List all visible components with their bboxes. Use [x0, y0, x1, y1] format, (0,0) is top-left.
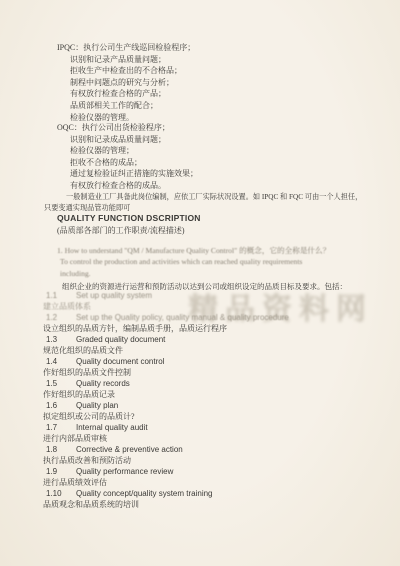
ipqc-duty-line: 制程中问题点的研究与分析； — [57, 77, 387, 89]
list-item-en: 1.1Set up quality system — [43, 290, 383, 301]
list-item-zh: 执行品质改善和预防活动 — [43, 455, 383, 466]
oqc-duty-line: 拒收不合格的成品； — [57, 157, 387, 169]
list-item-number: 1.9 — [46, 466, 76, 477]
ipqc-duty-line: 品质部相关工作的配合； — [57, 100, 387, 112]
list-item-zh: 拟定组织或公司的品质计? — [43, 411, 383, 422]
ipqc-section: IPQC：执行公司生产线巡回检验程序； 识别和记录产品质量问题； 拒收生产中检查… — [57, 42, 387, 123]
oqc-duty-line: 通过复检验证纠正措施的实施效果； — [57, 168, 387, 180]
ipqc-duty-line: 有权放行检查合格的产品； — [57, 88, 387, 100]
question-line: 1. How to understand "QM / Manufacture Q… — [57, 245, 377, 256]
oqc-section: OQC：执行公司出货检验程序； 识别和记录成品质量问题； 检验仪器的管理； 拒收… — [57, 122, 387, 192]
list-item-en-text: Quality document control — [76, 357, 165, 366]
list-item-en: 1.10Quality concept/quality system train… — [43, 488, 383, 499]
list-item-zh: 进行品质绩效评估 — [43, 477, 383, 488]
ipqc-duty-line: 识别和记录产品质量问题； — [57, 54, 387, 66]
list-item-number: 1.2 — [46, 312, 76, 323]
list-item-zh: 建立品质体系 — [43, 301, 383, 312]
document-page: 精品资料网 IPQC：执行公司生产线巡回检验程序； 识别和记录产品质量问题； 拒… — [0, 0, 400, 566]
list-item-number: 1.6 — [46, 400, 76, 411]
list-item-en-text: Set up the Quality policy, quality manua… — [76, 313, 289, 322]
list-item-en: 1.3Graded quality document — [43, 334, 383, 345]
oqc-duty-line: 检验仪器的管理； — [57, 145, 387, 157]
list-item-en: 1.9Quality performance review — [43, 466, 383, 477]
list-item-en: 1.8Corrective & preventive action — [43, 444, 383, 455]
list-item-number: 1.1 — [46, 290, 76, 301]
question-1-paragraph: 1. How to understand "QM / Manufacture Q… — [57, 245, 377, 279]
list-item-en: 1.7Internal quality audit — [43, 422, 383, 433]
oqc-title-line: OQC：执行公司出货检验程序； — [57, 122, 387, 134]
section-subheading-text: (品质部各部门的工作职责/流程描述) — [57, 225, 400, 236]
section-heading: QUALITY FUNCTION DSCRIPTION — [57, 213, 400, 224]
list-item-zh: 规范化组织的品质文件 — [43, 345, 383, 356]
list-item-en: 1.5Quality records — [43, 378, 383, 389]
ipqc-title-line: IPQC：执行公司生产线巡回检验程序； — [57, 42, 387, 54]
list-item-zh: 进行内部品质审核 — [43, 433, 383, 444]
list-item-en-text: Quality performance review — [76, 467, 173, 476]
list-item-en: 1.2Set up the Quality policy, quality ma… — [43, 312, 383, 323]
list-item-number: 1.4 — [46, 356, 76, 367]
list-item-en: 1.4Quality document control — [43, 356, 383, 367]
list-item-en-text: Quality plan — [76, 401, 118, 410]
question-line: including. — [57, 268, 377, 279]
note-line: 一般制造业工厂具备此岗位编制，应依工厂实际状况设置。如 IPQC 和 FQC 可… — [44, 192, 374, 203]
list-item-en-text: Internal quality audit — [76, 423, 148, 432]
list-item-zh: 品质观念和品质系统的培训 — [43, 499, 383, 510]
oqc-duty-line: 有权放行检查合格的成品。 — [57, 180, 387, 192]
list-item-zh: 作好组织的品质记录 — [43, 389, 383, 400]
list-item-en-text: Quality concept/quality system training — [76, 489, 213, 498]
list-item-en: 1.6Quality plan — [43, 400, 383, 411]
list-item-zh: 作好组织的品质文件控制 — [43, 367, 383, 378]
list-item-en-text: Graded quality document — [76, 335, 165, 344]
list-item-number: 1.3 — [46, 334, 76, 345]
staffing-note: 一般制造业工厂具备此岗位编制，应依工厂实际状况设置。如 IPQC 和 FQC 可… — [44, 192, 374, 215]
list-item-number: 1.5 — [46, 378, 76, 389]
list-item-en-text: Corrective & preventive action — [76, 445, 183, 454]
list-item-number: 1.10 — [46, 488, 76, 499]
list-item-number: 1.8 — [46, 444, 76, 455]
ipqc-duty-line: 拒收生产中检查出的不合格品； — [57, 65, 387, 77]
duties-list: 1.1Set up quality system建立品质体系1.2Set up … — [43, 290, 383, 510]
list-item-en-text: Set up quality system — [76, 291, 152, 300]
list-item-zh: 设立组织的品质方针，编制品质手册，品质运行程序 — [43, 323, 383, 334]
section-heading-text: QUALITY FUNCTION DSCRIPTION — [57, 213, 400, 224]
question-line: To control the production and activities… — [57, 256, 377, 267]
oqc-duty-line: 识别和记录成品质量问题； — [57, 134, 387, 146]
list-item-number: 1.7 — [46, 422, 76, 433]
section-subheading: (品质部各部门的工作职责/流程描述) — [57, 225, 400, 236]
list-item-en-text: Quality records — [76, 379, 130, 388]
